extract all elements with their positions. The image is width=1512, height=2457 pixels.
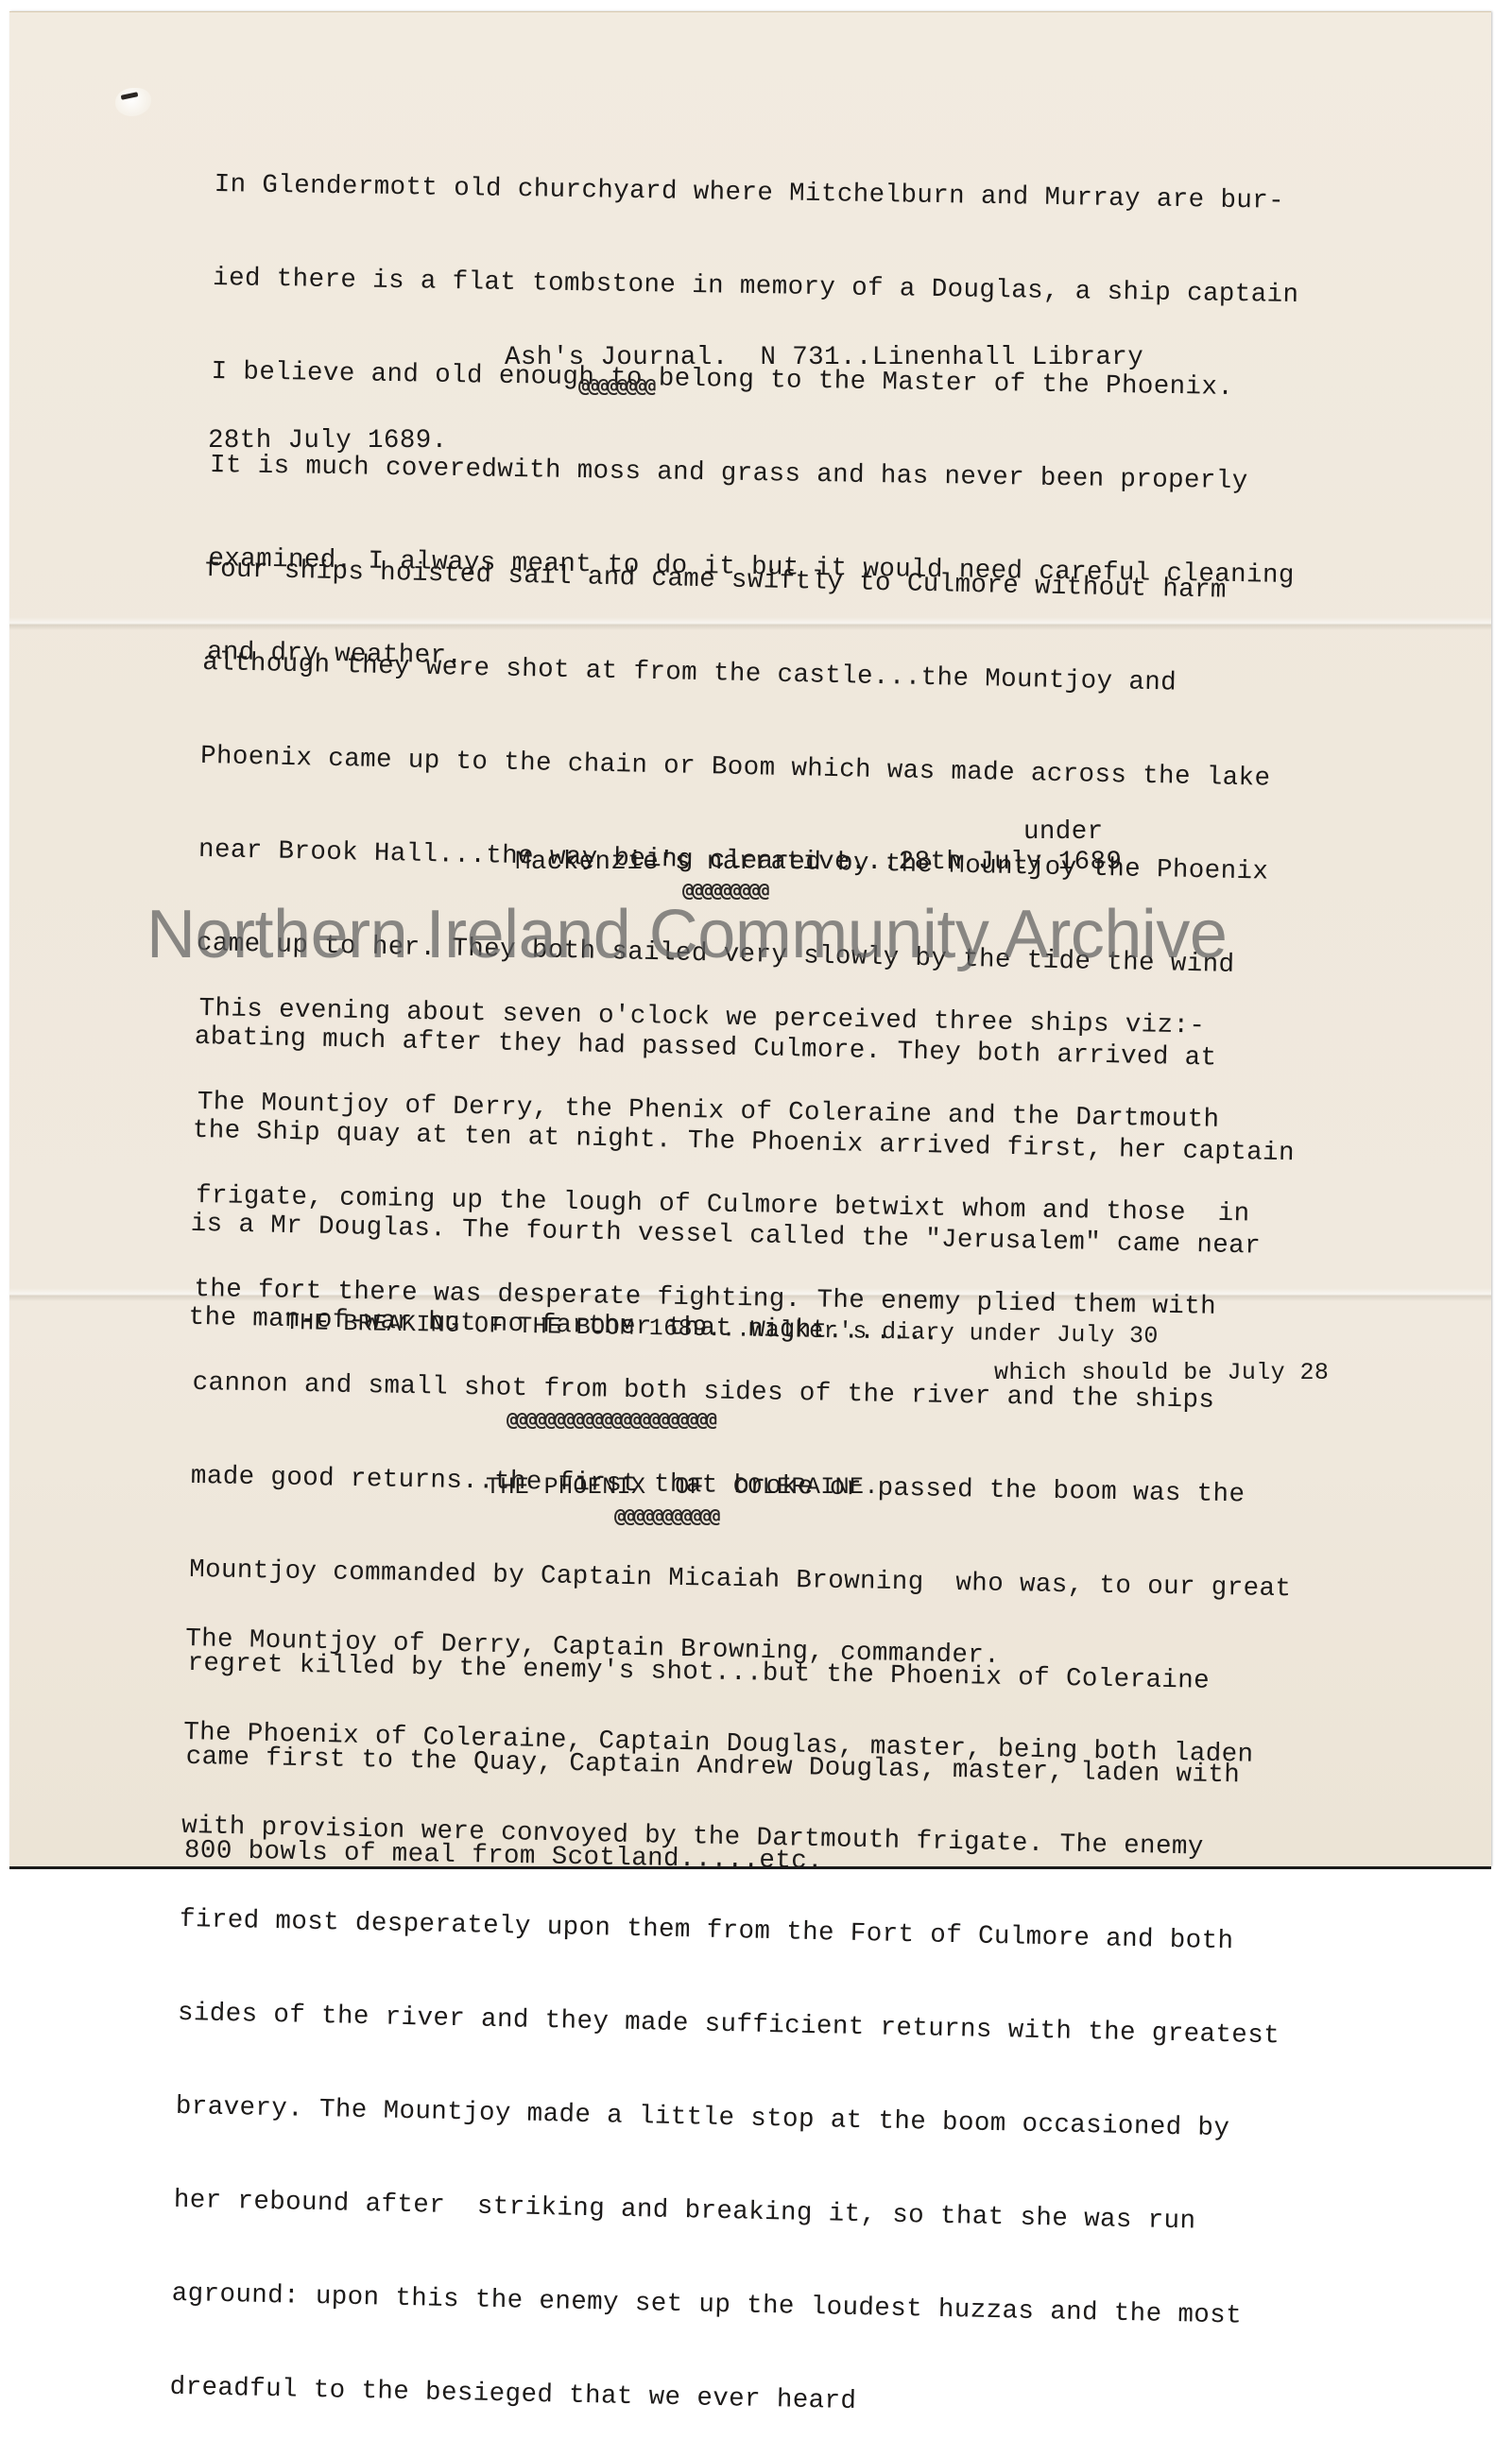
text-line: The Mountjoy of Derry, Captain Browning,… bbox=[185, 1624, 1288, 1677]
text-line: four ships hoisted sail and came swiftly… bbox=[204, 554, 1307, 608]
phoenix-paragraph: The Mountjoy of Derry, Captain Browning,… bbox=[169, 1561, 1289, 1890]
text-line: The Phoenix of Coleraine, Captain Dougla… bbox=[183, 1717, 1286, 1771]
ash-journal-date: 28th July 1689. bbox=[208, 425, 448, 456]
heading-underline-decoration: @@@@@@@@@@@ bbox=[614, 1504, 718, 1527]
text-line: In Glendermott old churchyard where Mitc… bbox=[214, 169, 1300, 217]
text-line: It is much coveredwith moss and grass an… bbox=[210, 450, 1297, 498]
ash-journal-heading: Ash's Journal. N 731..Linenhall Library bbox=[505, 342, 1143, 373]
punch-hole-damage bbox=[115, 88, 151, 116]
text-line: with provision were convoyed by the Dart… bbox=[181, 1811, 1284, 1864]
text-line: frigate, coming up the lough of Culmore … bbox=[196, 1180, 1298, 1230]
walker-heading-correction: which should be July 28 bbox=[994, 1357, 1329, 1388]
text-line: Phoenix came up to the chain or Boom whi… bbox=[200, 741, 1303, 795]
heading-underline-decoration: @@@@@@@@ bbox=[578, 374, 654, 397]
heading-underline-decoration: @@@@@@@@@ bbox=[682, 879, 767, 902]
phoenix-heading: THE PHOENIX OF COLERAINE. bbox=[486, 1471, 879, 1503]
text-line: ied there is a flat tombstone in memory … bbox=[213, 263, 1299, 311]
heading-underline-decoration: @@@@@@@@@@@@@@@@@@@@@@ bbox=[507, 1408, 715, 1431]
mackenzie-heading: Mackenzie's narrative...28th July 1689 bbox=[515, 847, 1122, 878]
text-line: although they were shot at from the cast… bbox=[202, 647, 1305, 701]
text-line: The Mountjoy of Derry, the Phenix of Col… bbox=[198, 1087, 1300, 1137]
mackenzie-heading-note: under bbox=[1023, 816, 1104, 848]
text-line: This evening about seven o'clock we perc… bbox=[198, 993, 1301, 1043]
